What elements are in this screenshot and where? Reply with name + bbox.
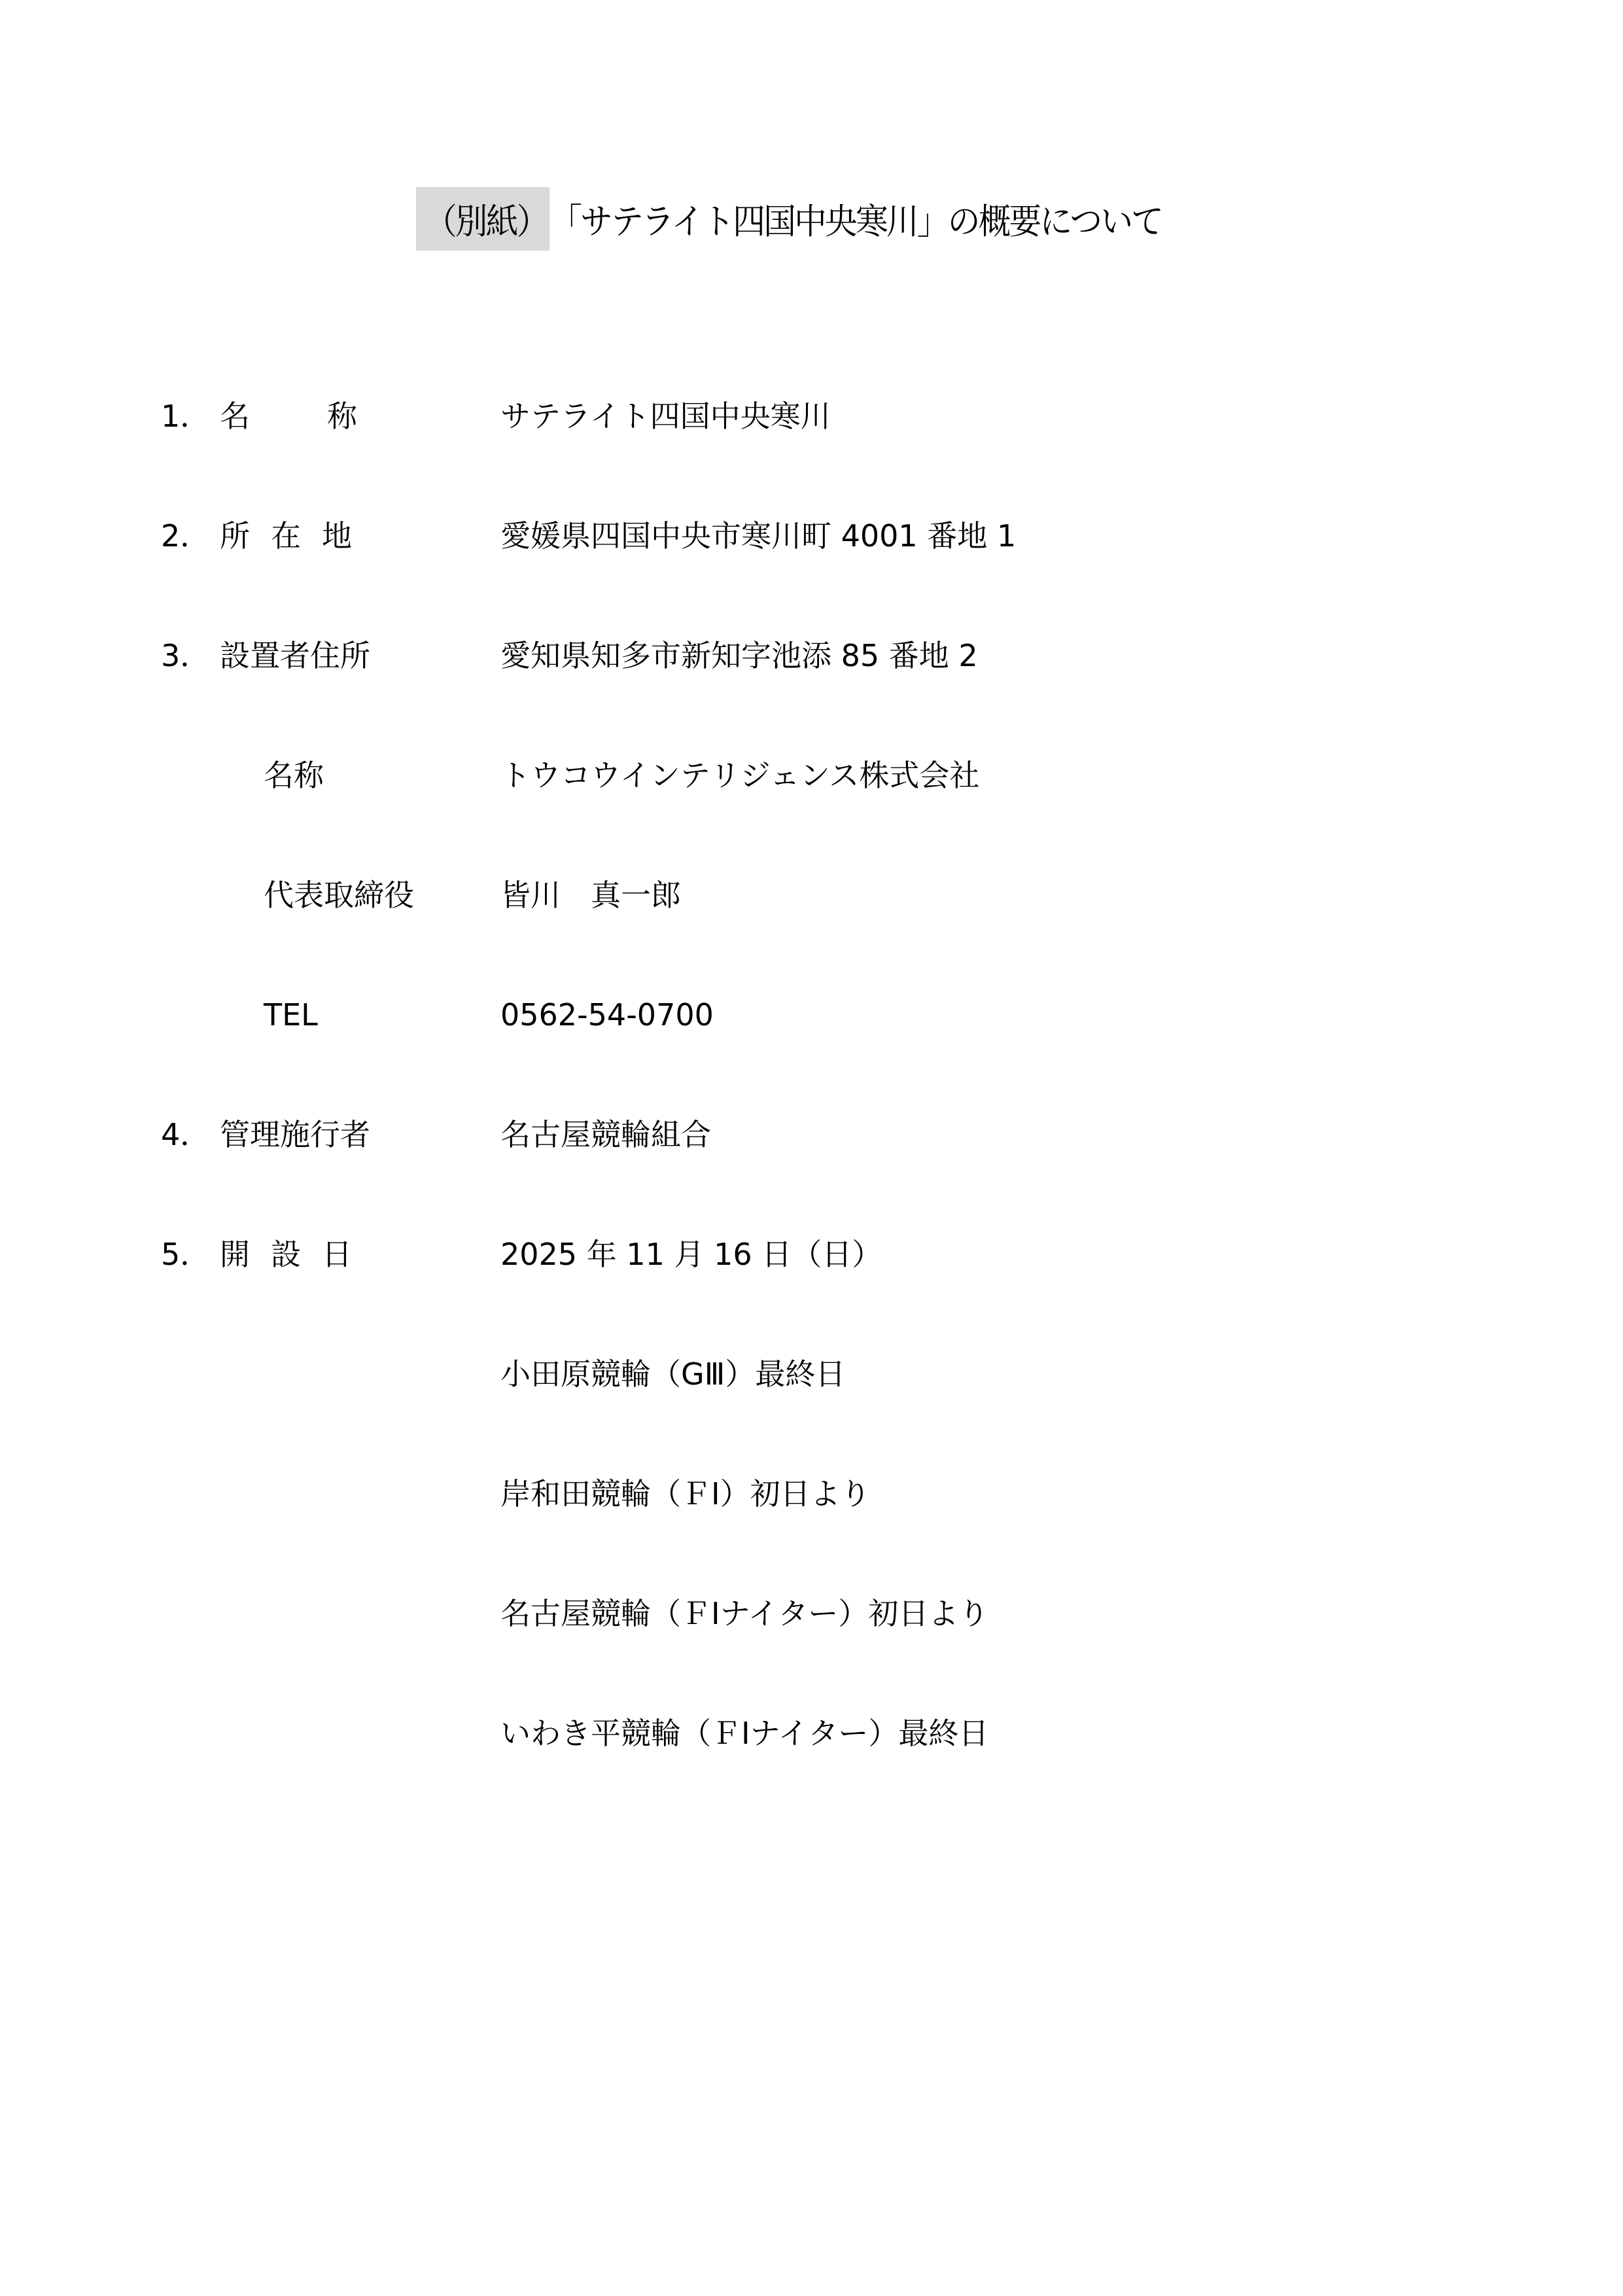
item-installer-address: 3． 設置者住所 愛知県知多市新知字池添 85 番地 2 — [0, 636, 1623, 675]
item-sublabel: 名称 — [264, 756, 324, 795]
label-char: 日 — [322, 1237, 352, 1272]
title-prefix-highlight: （別紙） — [416, 187, 550, 251]
page-title: （別紙）「サテライト四国中央寒川」の概要について — [416, 187, 1162, 251]
item-managing-organizer: 4． 管理施行者 名古屋競輪組合 — [0, 1115, 1623, 1154]
label-char: 設 — [271, 1237, 301, 1272]
race-entry: 名古屋競輪（ＦⅠナイター）初日より — [500, 1594, 988, 1633]
race-entry: 小田原競輪（GⅢ）最終日 — [500, 1354, 845, 1394]
label-char: 開 — [220, 1237, 250, 1272]
item-label: 所在地 — [220, 516, 352, 556]
item-number: 5． — [161, 1235, 210, 1274]
item-value: 名古屋競輪組合 — [500, 1115, 711, 1154]
item-tel: TEL 0562-54-0700 — [0, 995, 1623, 1034]
item-label: 名称 — [220, 397, 357, 436]
item-value: 愛媛県四国中央市寒川町 4001 番地 1 — [500, 516, 1016, 556]
item-number: 3． — [161, 636, 210, 675]
item-representative: 代表取締役 皆川 真一郎 — [0, 875, 1623, 915]
item-value: 0562-54-0700 — [500, 995, 714, 1034]
item-location: 2． 所在地 愛媛県四国中央市寒川町 4001 番地 1 — [0, 516, 1623, 556]
item-number: 2． — [161, 516, 210, 556]
item-name: 1． 名称 サテライト四国中央寒川 — [0, 397, 1623, 436]
item-company-name: 名称 トウコウインテリジェンス株式会社 — [0, 756, 1623, 795]
label-char: 名 — [220, 398, 250, 434]
item-value: トウコウインテリジェンス株式会社 — [500, 756, 979, 795]
item-value: 2025 年 11 月 16 日（日） — [500, 1235, 882, 1274]
race-entry: いわき平競輪（ＦⅠナイター）最終日 — [500, 1714, 988, 1753]
title-main: 「サテライト四国中央寒川」の概要について — [550, 194, 1162, 244]
item-number: 4． — [161, 1115, 210, 1154]
race-list-item: 名古屋競輪（ＦⅠナイター）初日より — [0, 1594, 1623, 1633]
item-value: 愛知県知多市新知字池添 85 番地 2 — [500, 636, 978, 675]
item-label: 管理施行者 — [220, 1115, 370, 1154]
label-char: 在 — [271, 518, 301, 554]
race-list-item: いわき平競輪（ＦⅠナイター）最終日 — [0, 1714, 1623, 1753]
item-number: 1． — [161, 397, 210, 436]
label-char: 所 — [220, 518, 250, 554]
item-label: 設置者住所 — [220, 636, 370, 675]
race-list-item: 岸和田競輪（ＦⅠ）初日より — [0, 1474, 1623, 1513]
race-list-item: 小田原競輪（GⅢ）最終日 — [0, 1354, 1623, 1394]
item-label: 開設日 — [220, 1235, 352, 1274]
item-sublabel: 代表取締役 — [264, 875, 414, 915]
label-char: 地 — [322, 518, 352, 554]
item-value: サテライト四国中央寒川 — [500, 397, 831, 436]
item-value: 皆川 真一郎 — [500, 875, 681, 915]
document-page: （別紙）「サテライト四国中央寒川」の概要について 1． 名称 サテライト四国中央… — [0, 0, 1623, 2296]
race-entry: 岸和田競輪（ＦⅠ）初日より — [500, 1474, 871, 1513]
label-char: 称 — [327, 398, 357, 434]
item-opening-date: 5． 開設日 2025 年 11 月 16 日（日） — [0, 1235, 1623, 1274]
item-sublabel: TEL — [264, 995, 318, 1034]
